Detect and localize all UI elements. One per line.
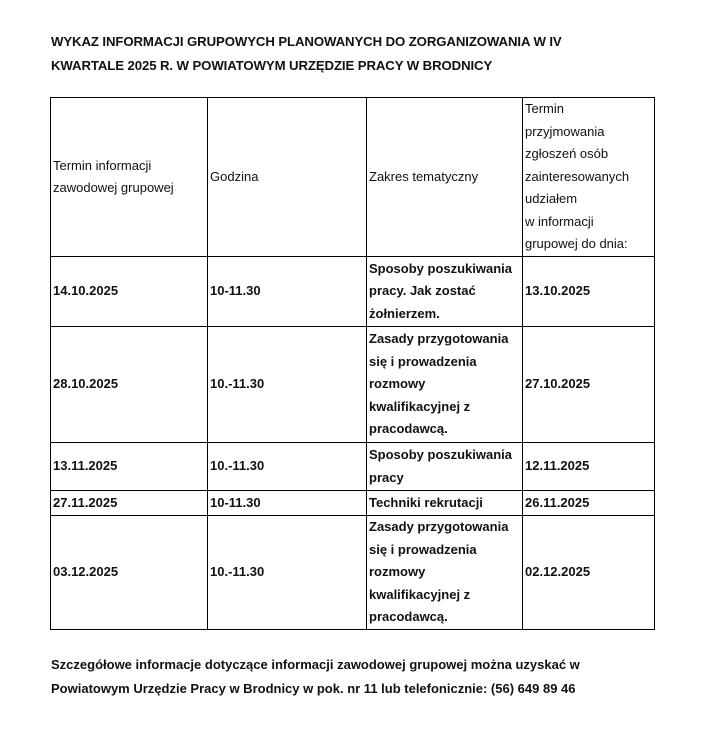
table-header-row: Termin informacji zawodowej grupowej God… (51, 98, 655, 257)
cell-time: 10-11.30 (208, 257, 367, 327)
table-row: 03.12.2025 10.-11.30 Zasady przygotowani… (51, 516, 655, 630)
cell-topic: Zasady przygotowania się i prowadzenia r… (367, 327, 523, 443)
cell-topic: Zasady przygotowania się i prowadzenia r… (367, 516, 523, 630)
table-row: 27.11.2025 10-11.30 Techniki rekrutacji … (51, 491, 655, 516)
title-line-2: KWARTALE 2025 R. W POWIATOWYM URZĘDZIE P… (51, 54, 651, 78)
cell-topic: Techniki rekrutacji (367, 491, 523, 516)
table-row: 14.10.2025 10-11.30 Sposoby poszukiwania… (51, 257, 655, 327)
schedule-table: Termin informacji zawodowej grupowej God… (50, 97, 655, 630)
title-line-1: WYKAZ INFORMACJI GRUPOWYCH PLANOWANYCH D… (51, 30, 651, 54)
contact-footer: Szczegółowe informacje dotyczące informa… (51, 653, 671, 701)
cell-time: 10.-11.30 (208, 516, 367, 630)
cell-time: 10.-11.30 (208, 327, 367, 443)
header-date: Termin informacji zawodowej grupowej (51, 98, 208, 257)
cell-deadline: 27.10.2025 (523, 327, 655, 443)
cell-time: 10.-11.30 (208, 443, 367, 491)
cell-date: 28.10.2025 (51, 327, 208, 443)
cell-deadline: 13.10.2025 (523, 257, 655, 327)
document-title: WYKAZ INFORMACJI GRUPOWYCH PLANOWANYCH D… (51, 30, 651, 78)
header-deadline: Termin przyjmowania zgłoszeń osób zainte… (523, 98, 655, 257)
table-row: 13.11.2025 10.-11.30 Sposoby poszukiwani… (51, 443, 655, 491)
cell-deadline: 12.11.2025 (523, 443, 655, 491)
cell-date: 14.10.2025 (51, 257, 208, 327)
header-topic: Zakres tematyczny (367, 98, 523, 257)
cell-date: 03.12.2025 (51, 516, 208, 630)
cell-deadline: 26.11.2025 (523, 491, 655, 516)
cell-deadline: 02.12.2025 (523, 516, 655, 630)
cell-date: 13.11.2025 (51, 443, 208, 491)
table-row: 28.10.2025 10.-11.30 Zasady przygotowani… (51, 327, 655, 443)
header-time: Godzina (208, 98, 367, 257)
cell-time: 10-11.30 (208, 491, 367, 516)
footer-line-1: Szczegółowe informacje dotyczące informa… (51, 653, 671, 677)
cell-date: 27.11.2025 (51, 491, 208, 516)
cell-topic: Sposoby poszukiwania pracy. Jak zostać ż… (367, 257, 523, 327)
footer-line-2: Powiatowym Urzędzie Pracy w Brodnicy w p… (51, 677, 671, 701)
cell-topic: Sposoby poszukiwania pracy (367, 443, 523, 491)
